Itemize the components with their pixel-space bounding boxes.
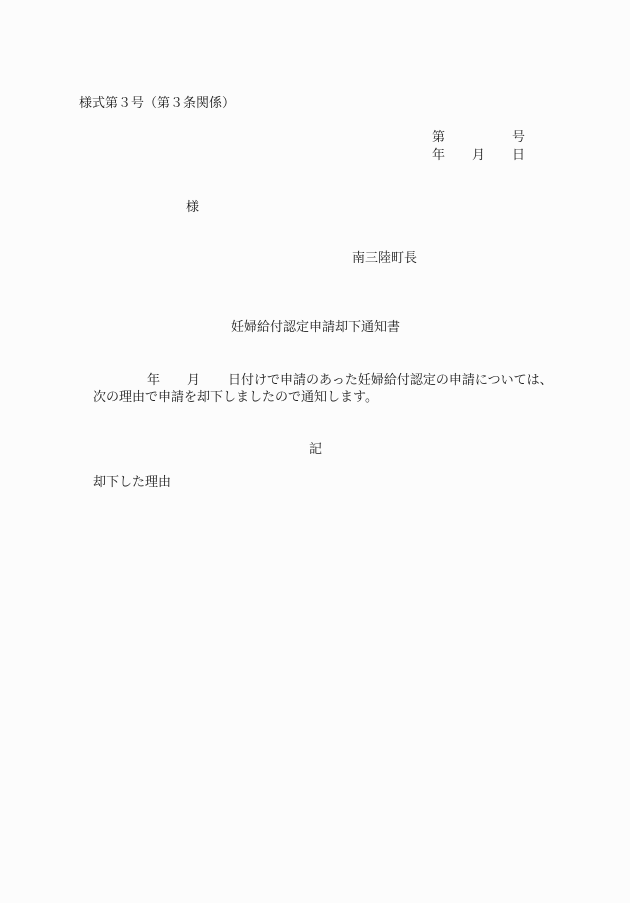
body-line1-rest: 日付けで申請のあった妊婦給付認定の申請については、 <box>228 372 553 389</box>
form-label: 様式第３号（第３条関係） <box>79 95 235 112</box>
date-year: 年 <box>432 147 445 164</box>
ki-heading: 記 <box>309 441 322 458</box>
body-line2: 次の理由で申請を却下しましたので通知します。 <box>93 389 378 406</box>
document-title: 妊婦給付認定申請却下通知書 <box>231 319 400 336</box>
number-suffix: 号 <box>512 129 525 146</box>
body-month: 月 <box>187 372 200 389</box>
date-month: 月 <box>472 147 485 164</box>
number-prefix: 第 <box>432 129 445 146</box>
addressee-suffix: 様 <box>186 199 199 216</box>
body-year: 年 <box>147 372 160 389</box>
issuer: 南三陸町長 <box>352 250 417 267</box>
date-day: 日 <box>512 147 525 164</box>
reason-label: 却下した理由 <box>93 474 171 491</box>
